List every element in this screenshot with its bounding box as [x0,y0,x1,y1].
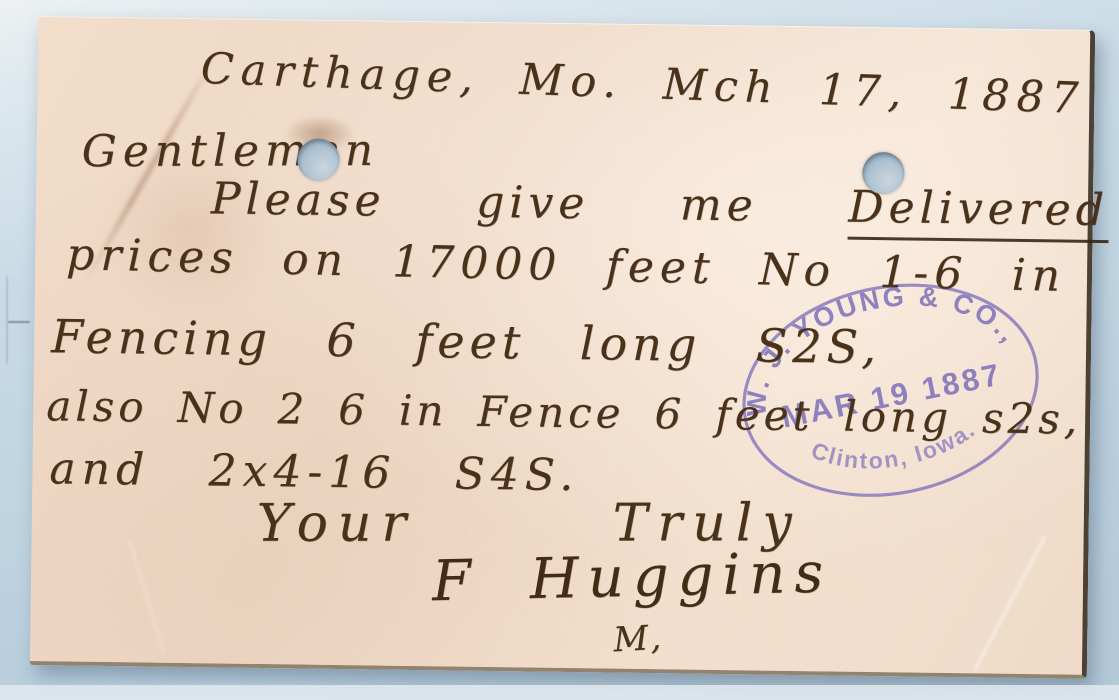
photo-edge-strip [0,685,1119,700]
handwriting-dateline: Carthage, Mo. Mch 17, 1887 [200,44,1086,124]
handwriting-request-line: Please give me Delivered [211,173,1110,236]
postal-card: W. J. YOUNG & CO., MAR 19 1887 Clinton, … [30,16,1095,679]
photo-background: W. J. YOUNG & CO., MAR 19 1887 Clinton, … [0,0,1119,700]
handwriting-request-lead: Please give me [211,173,758,231]
handwriting-body-line-4: and 2x4-16 S4S. [49,443,580,501]
paper-crease [973,536,1046,672]
handwriting-body-line-2: Fencing 6 feet long S2S, [51,309,882,374]
photo-artifact-mark [8,321,30,323]
paper-crease [128,538,165,653]
handwriting-signature: F Huggins [431,541,832,615]
handwriting-signature-flourish: M, [612,618,664,661]
photo-artifact-mark [6,276,8,364]
